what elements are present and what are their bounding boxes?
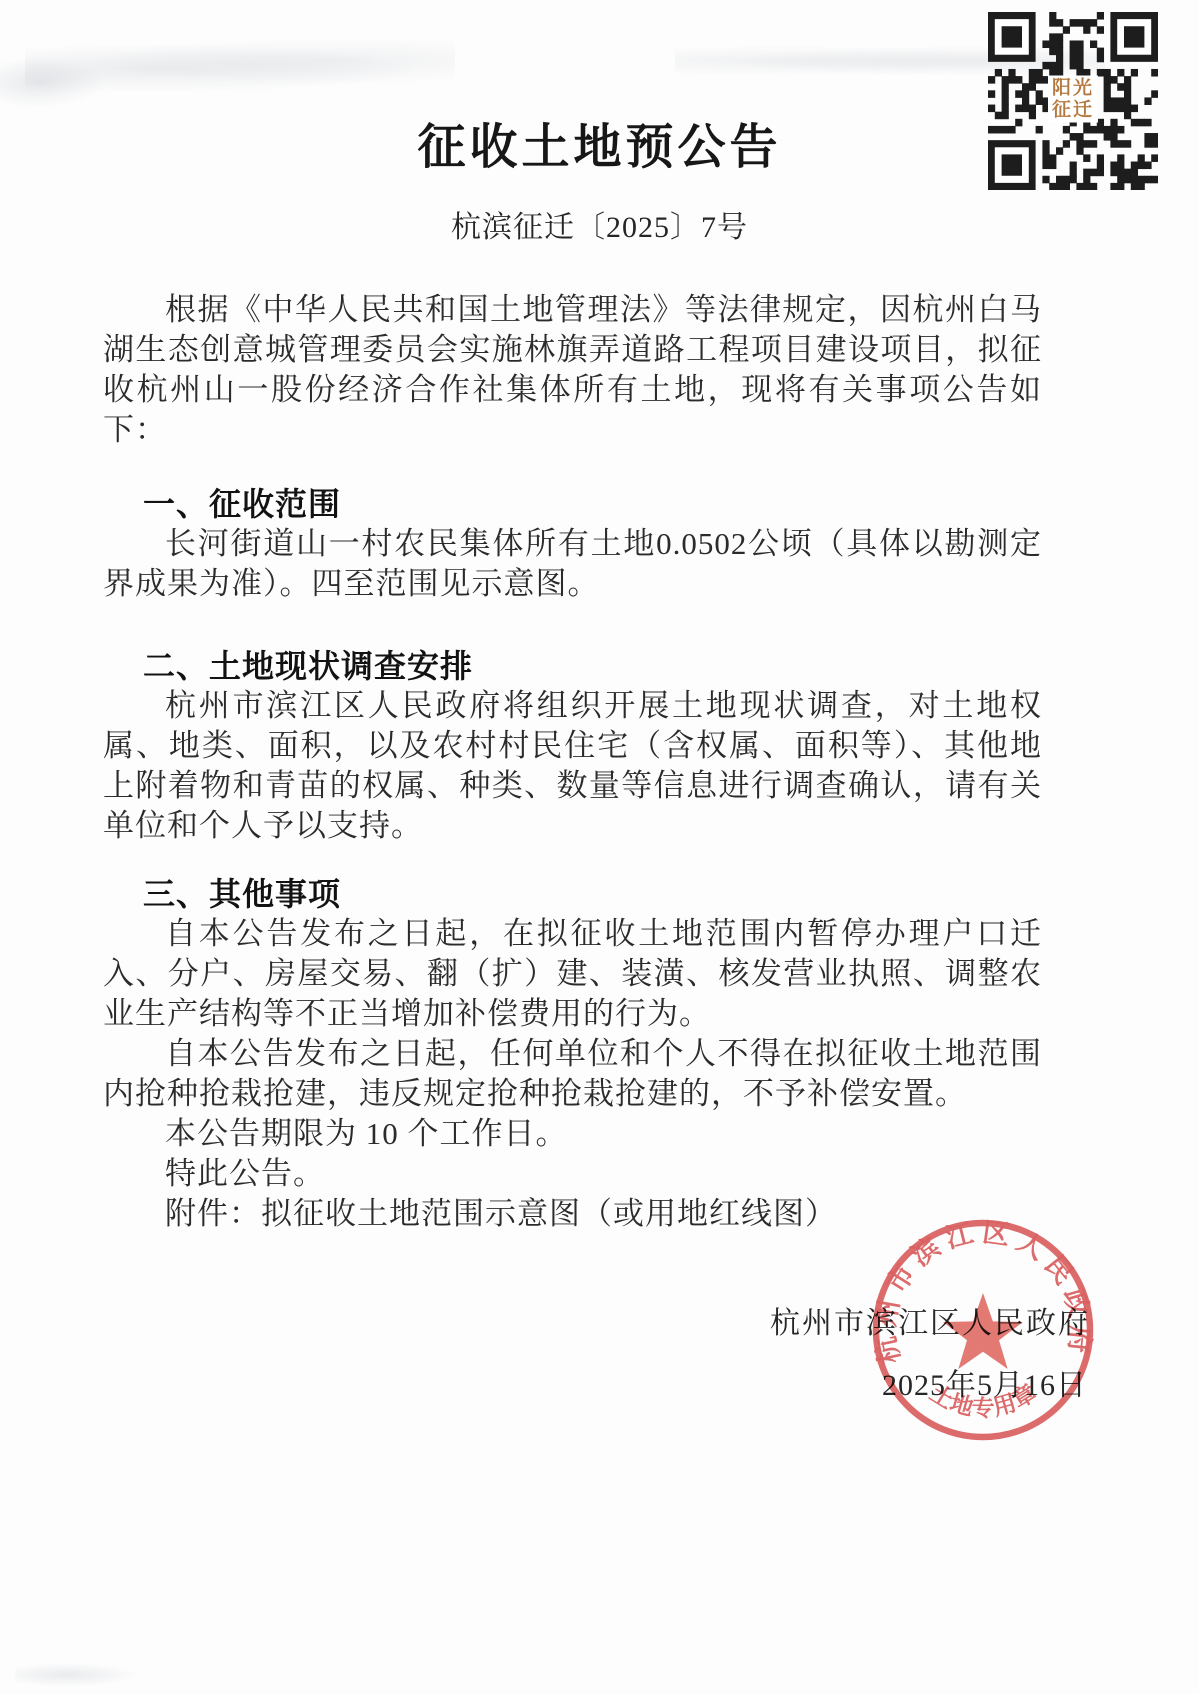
qr-label-line1: 阳光	[1052, 78, 1094, 100]
doc-number: 杭滨征迁〔2025〕7号	[0, 202, 1199, 246]
intro-paragraph: 根据《中华人民共和国土地管理法》等法律规定，因杭州白马湖生态创意城管理委员会实施…	[103, 290, 1042, 450]
section-2-paragraph: 杭州市滨江区人民政府将组织开展土地现状调查，对土地权属、地类、面积，以及农村村民…	[103, 686, 1042, 846]
section-3-paragraph-2: 自本公告发布之日起，任何单位和个人不得在拟征收土地范围内抢种抢栽抢建，违反规定抢…	[103, 1034, 1042, 1114]
qr-code: 阳光 征迁	[988, 12, 1158, 190]
qr-label-line2: 征迁	[1052, 100, 1094, 122]
signature-issuer: 杭州市滨江区人民政府	[770, 1298, 1090, 1342]
qr-center-label: 阳光 征迁	[1048, 76, 1098, 123]
svg-text:杭州市滨江区人民政府: 杭州市滨江区人民政府	[870, 1217, 1095, 1366]
section-3-paragraph-5: 附件：拟征收土地范围示意图（或用地红线图）	[103, 1194, 1042, 1234]
section-heading-1: 一、征收范围	[143, 484, 1042, 524]
document-body: 根据《中华人民共和国土地管理法》等法律规定，因杭州白马湖生态创意城管理委员会实施…	[103, 290, 1042, 1234]
section-heading-3: 三、其他事项	[143, 874, 1042, 914]
section-3-paragraph-3: 本公告期限为 10 个工作日。	[103, 1114, 1042, 1154]
section-3-paragraph-1: 自本公告发布之日起，在拟征收土地范围内暂停办理户口迁入、分户、房屋交易、翻（扩）…	[103, 914, 1042, 1034]
section-3-paragraph-4: 特此公告。	[103, 1154, 1042, 1194]
section-heading-2: 二、土地现状调查安排	[143, 646, 1042, 686]
document-page: 阳光 征迁 征收土地预公告 杭滨征迁〔2025〕7号 根据《中华人民共和国土地管…	[0, 0, 1199, 1694]
signature-date: 2025年5月16日	[882, 1360, 1087, 1404]
seal-ring-text: 杭州市滨江区人民政府	[870, 1217, 1095, 1366]
section-1-paragraph: 长河街道山一村农民集体所有土地0.0502公顷（具体以勘测定界成果为准）。四至范…	[103, 524, 1042, 604]
scan-smudge	[15, 1662, 145, 1688]
